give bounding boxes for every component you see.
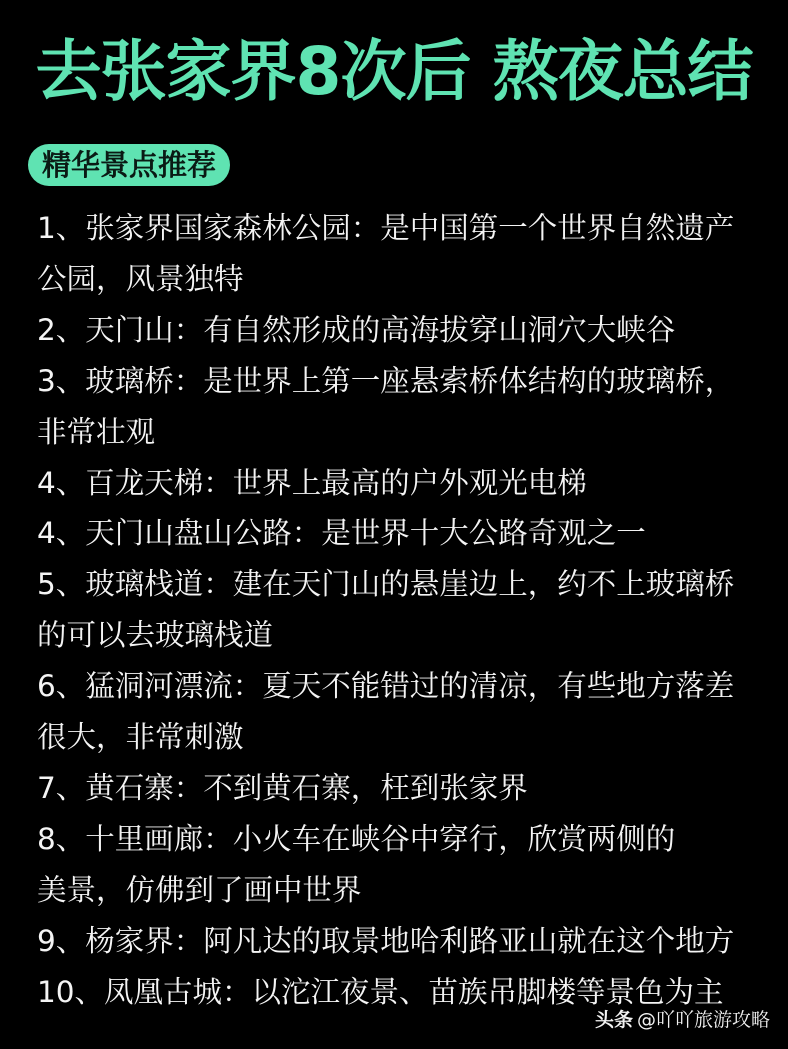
attraction-list: 1、张家界国家森林公园：是中国第一个世界自然遗产 公园，风景独特 2、天门山：有… — [37, 203, 757, 1018]
list-item-line: 非常壮观 — [37, 407, 757, 458]
list-item-line: 3、玻璃桥：是世界上第一座悬索桥体结构的玻璃桥， — [37, 356, 757, 407]
list-item-line: 1、张家界国家森林公园：是中国第一个世界自然遗产 — [37, 203, 757, 254]
list-item: 4、百龙天梯：世界上最高的户外观光电梯 — [37, 458, 757, 509]
list-item-line: 9、杨家界：阿凡达的取景地哈利路亚山就在这个地方 — [37, 916, 757, 967]
watermark: 头条@吖吖旅游攻略 — [595, 1007, 770, 1033]
list-item: 7、黄石寨：不到黄石寨，枉到张家界 — [37, 763, 757, 814]
list-item-line: 4、天门山盘山公路：是世界十大公路奇观之一 — [37, 508, 757, 559]
list-item-line: 6、猛洞河漂流：夏天不能错过的清凉，有些地方落差 — [37, 661, 757, 712]
list-item-line: 8、十里画廊：小火车在峡谷中穿行，欣赏两侧的 — [37, 814, 757, 865]
list-item-line: 公园，风景独特 — [37, 254, 757, 305]
watermark-account: @吖吖旅游攻略 — [637, 1009, 770, 1031]
list-item: 1、张家界国家森林公园：是中国第一个世界自然遗产 公园，风景独特 — [37, 203, 757, 305]
list-item-line: 很大，非常刺激 — [37, 712, 757, 763]
list-item-line: 7、黄石寨：不到黄石寨，枉到张家界 — [37, 763, 757, 814]
page-title: 去张家界8次后 熬夜总结 — [0, 34, 788, 110]
list-item: 5、玻璃栈道：建在天门山的悬崖边上，约不上玻璃桥 的可以去玻璃栈道 — [37, 559, 757, 661]
list-item: 6、猛洞河漂流：夏天不能错过的清凉，有些地方落差 很大，非常刺激 — [37, 661, 757, 763]
list-item-line: 4、百龙天梯：世界上最高的户外观光电梯 — [37, 458, 757, 509]
list-item-line: 2、天门山：有自然形成的高海拔穿山洞穴大峡谷 — [37, 305, 757, 356]
section-badge: 精华景点推荐 — [28, 144, 230, 186]
list-item-line: 的可以去玻璃栈道 — [37, 610, 757, 661]
list-item: 2、天门山：有自然形成的高海拔穿山洞穴大峡谷 — [37, 305, 757, 356]
list-item: 4、天门山盘山公路：是世界十大公路奇观之一 — [37, 508, 757, 559]
list-item: 8、十里画廊：小火车在峡谷中穿行，欣赏两侧的 美景，仿佛到了画中世界 — [37, 814, 757, 916]
list-item: 3、玻璃桥：是世界上第一座悬索桥体结构的玻璃桥， 非常壮观 — [37, 356, 757, 458]
watermark-brand: 头条 — [595, 1009, 633, 1031]
list-item-line: 美景，仿佛到了画中世界 — [37, 865, 757, 916]
list-item: 9、杨家界：阿凡达的取景地哈利路亚山就在这个地方 — [37, 916, 757, 967]
list-item-line: 5、玻璃栈道：建在天门山的悬崖边上，约不上玻璃桥 — [37, 559, 757, 610]
